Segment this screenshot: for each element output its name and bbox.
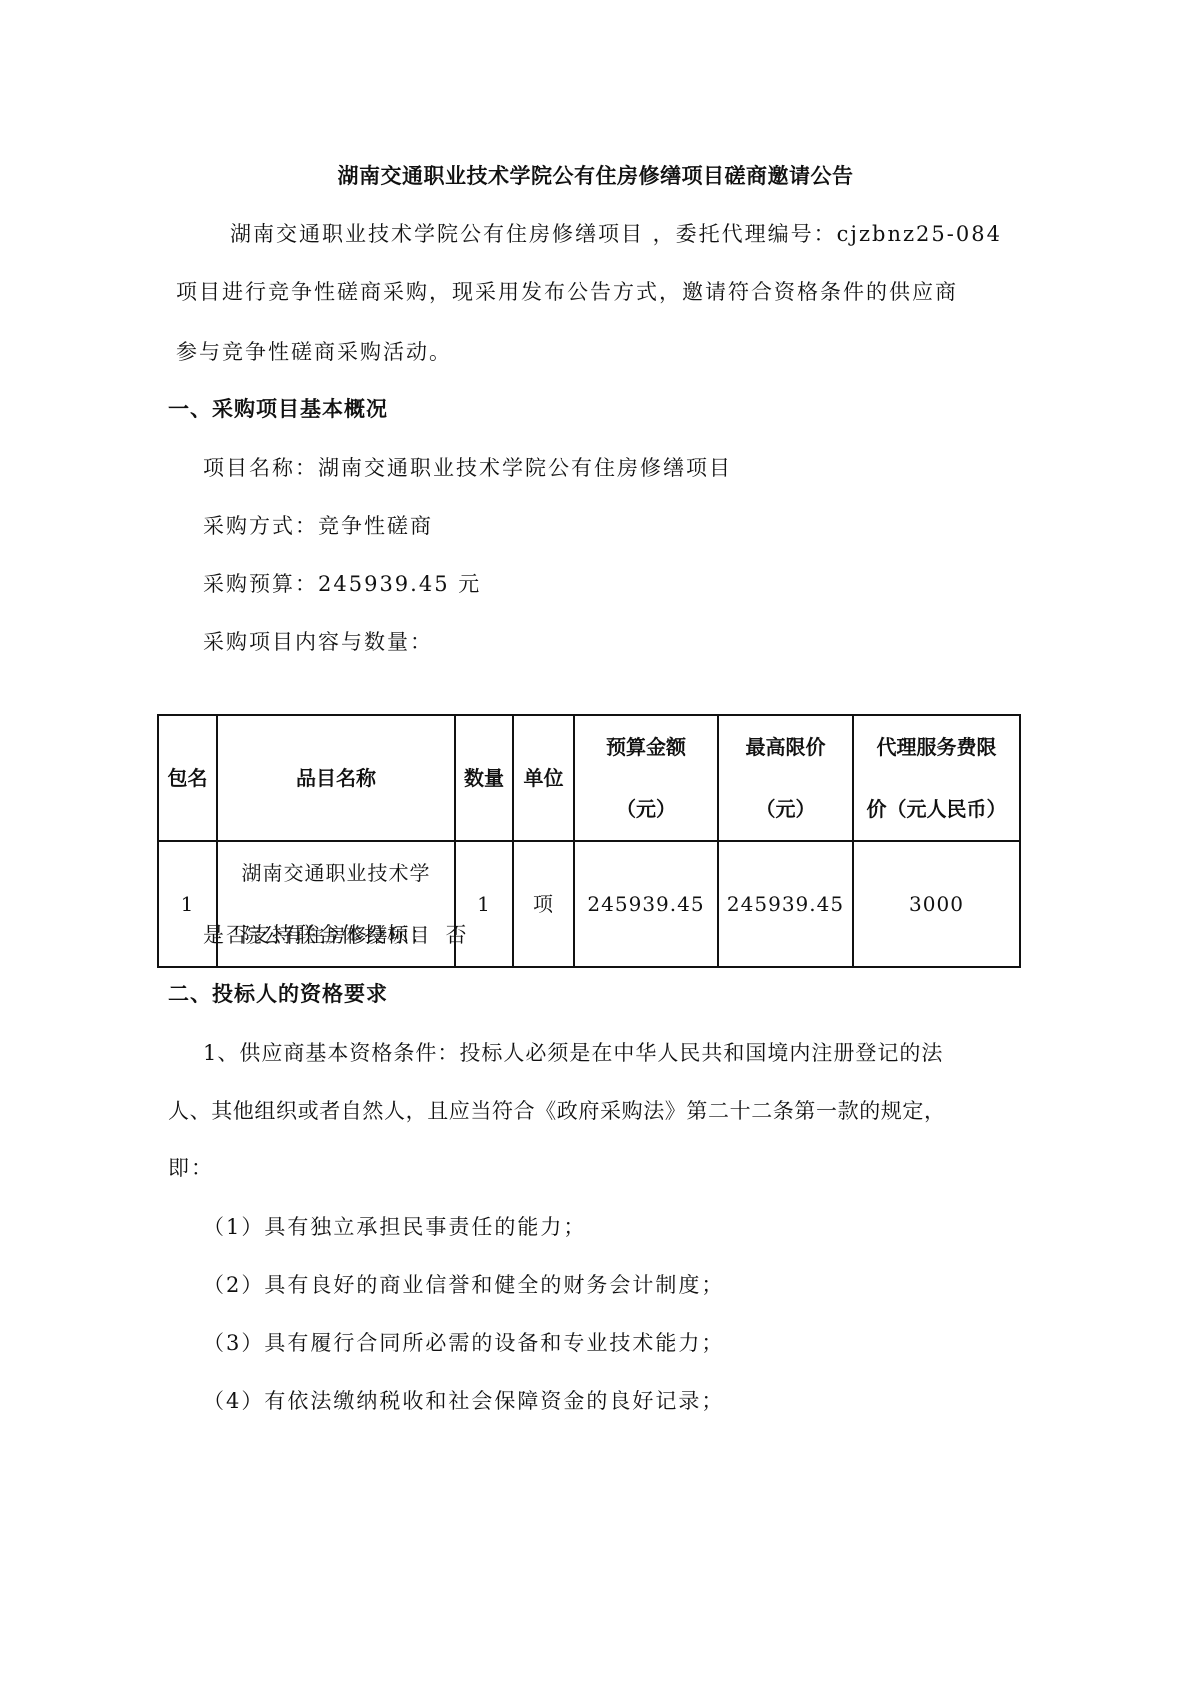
intro-line-1: 湖南交通职业技术学院公有住房修缮项目 ，委托代理编号：cjzbnz25-084: [230, 218, 1002, 248]
requirement-item-2: （2）具有良好的商业信誉和健全的财务会计制度；: [203, 1269, 724, 1299]
consortium-bidding: 是否支持联合体投标： 否: [203, 919, 469, 949]
header-unit: 单位: [513, 715, 574, 841]
header-agency-fee-line1: 代理服务费限: [854, 716, 1019, 778]
page-title: 湖南交通职业技术学院公有住房修缮项目磋商邀请公告: [0, 160, 1191, 190]
table-header-row: 包名 品目名称 数量 单位 预算金额 （元） 最高限价 （元） 代理服务费限 价…: [158, 715, 1020, 841]
header-max-price: 最高限价 （元）: [718, 715, 853, 841]
cell-max-price: 245939.45: [718, 841, 853, 967]
qualification-para-line-1: 1、供应商基本资格条件：投标人必须是在中华人民共和国境内注册登记的法: [203, 1037, 943, 1067]
requirement-item-4: （4）有依法缴纳税收和社会保障资金的良好记录；: [203, 1385, 724, 1415]
header-budget-line1: 预算金额: [575, 716, 717, 778]
content-label: 采购项目内容与数量：: [203, 626, 433, 656]
requirement-item-1: （1）具有独立承担民事责任的能力；: [203, 1211, 586, 1241]
header-max-price-line1: 最高限价: [719, 716, 852, 778]
intro-line-3: 参与竞争性磋商采购活动。: [176, 336, 452, 366]
cell-budget: 245939.45: [574, 841, 718, 967]
section-2-heading: 二、投标人的资格要求: [168, 978, 388, 1008]
header-budget: 预算金额 （元）: [574, 715, 718, 841]
requirement-item-3: （3）具有履行合同所必需的设备和专业技术能力；: [203, 1327, 724, 1357]
cell-agency-fee: 3000: [853, 841, 1020, 967]
header-agency-fee: 代理服务费限 价（元人民币）: [853, 715, 1020, 841]
section-1-heading: 一、采购项目基本概况: [168, 393, 388, 423]
qualification-para-line-2: 人、其他组织或者自然人，且应当符合《政府采购法》第二十二条第一款的规定，: [168, 1095, 946, 1125]
header-item-name: 品目名称: [217, 715, 455, 841]
cell-unit: 项: [513, 841, 574, 967]
header-quantity: 数量: [455, 715, 513, 841]
header-budget-line2: （元）: [575, 778, 717, 840]
header-package: 包名: [158, 715, 217, 841]
procurement-method: 采购方式：竞争性磋商: [203, 510, 433, 540]
intro-line-2: 项目进行竞争性磋商采购，现采用发布公告方式，邀请符合资格条件的供应商: [176, 276, 958, 306]
budget: 采购预算：245939.45 元: [203, 568, 481, 598]
header-max-price-line2: （元）: [719, 778, 852, 840]
header-agency-fee-line2: 价（元人民币）: [854, 778, 1019, 840]
qualification-para-line-3: 即：: [168, 1152, 214, 1182]
cell-item-name-line1: 湖南交通职业技术学: [218, 842, 454, 904]
project-name: 项目名称：湖南交通职业技术学院公有住房修缮项目: [203, 452, 732, 482]
